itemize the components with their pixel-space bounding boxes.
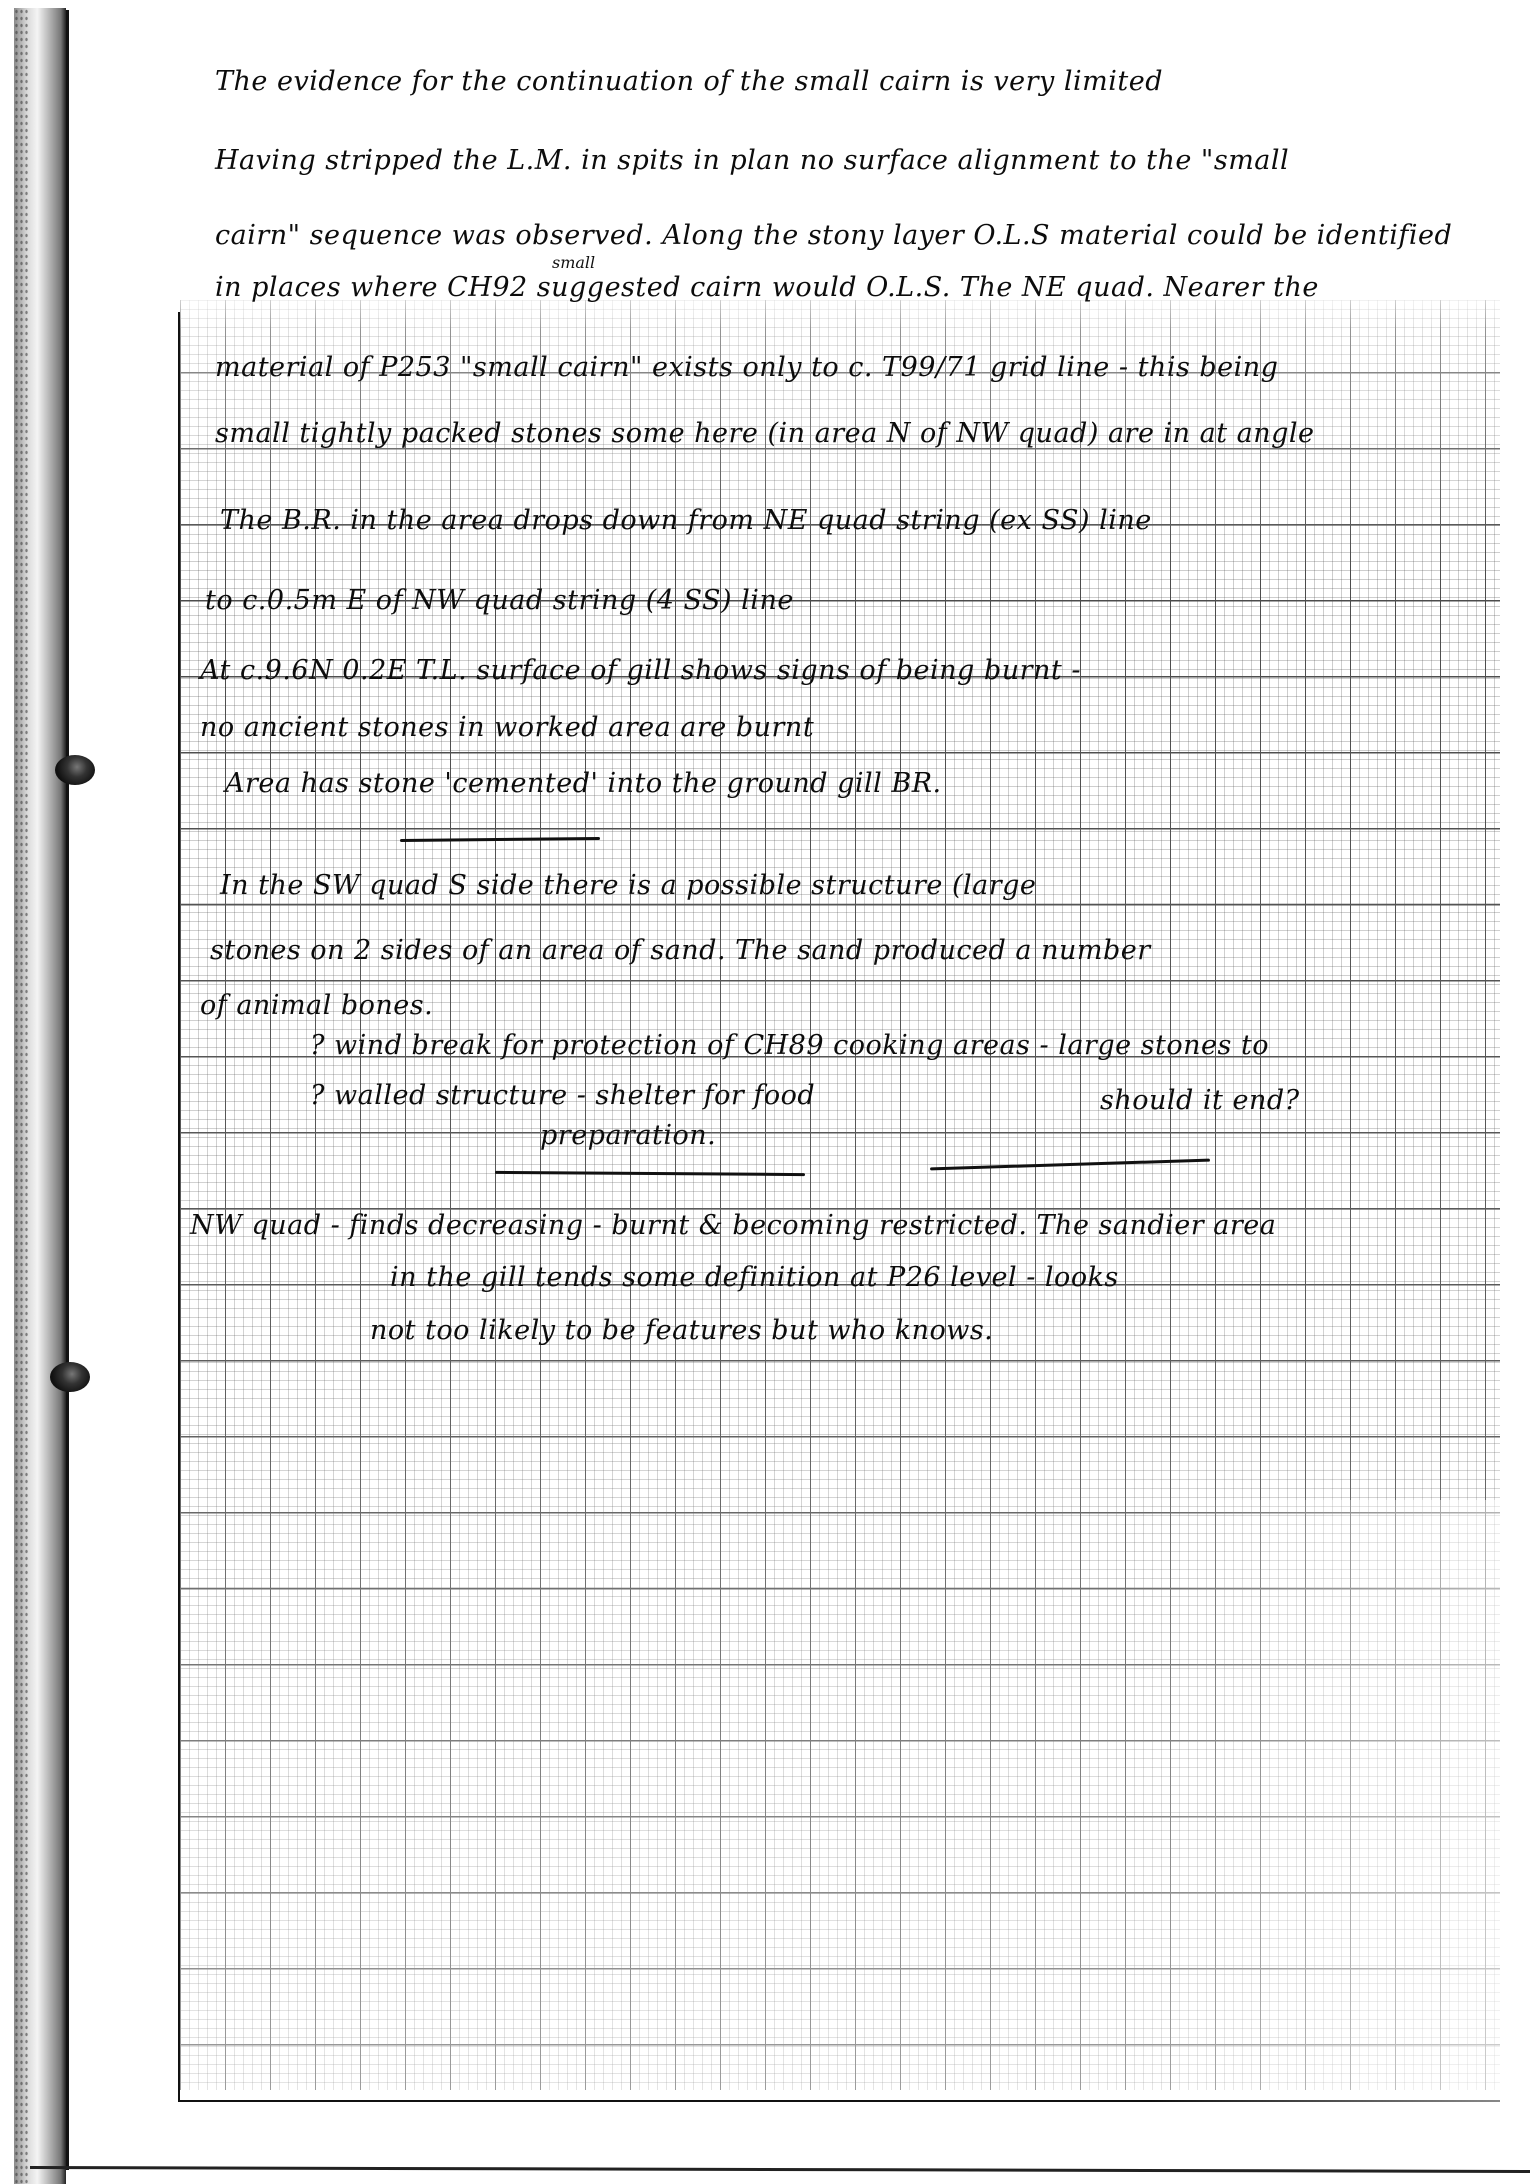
- margin-note: should it end?: [1100, 1085, 1300, 1116]
- page-left-edge: [66, 10, 69, 2170]
- note-line: Area has stone 'cemented' into the groun…: [225, 768, 942, 799]
- note-line: In the SW quad S side there is a possibl…: [220, 870, 1036, 901]
- note-line: NW quad - finds decreasing - burnt & bec…: [190, 1210, 1276, 1241]
- note-line: ? wind break for protection of CH89 cook…: [310, 1030, 1269, 1061]
- scan-binding-strip: [14, 8, 66, 2184]
- note-line: At c.9.6N 0.2E T.L. surface of gill show…: [200, 655, 1081, 686]
- note-line: The evidence for the continuation of the…: [215, 66, 1163, 97]
- note-line: not too likely to be features but who kn…: [370, 1315, 993, 1346]
- note-line: preparation.: [540, 1120, 716, 1151]
- note-line: no ancient stones in worked area are bur…: [200, 712, 814, 743]
- note-line: cairn" sequence was observed. Along the …: [215, 220, 1452, 251]
- note-line: to c.0.5m E of NW quad string (4 SS) lin…: [205, 585, 794, 616]
- page-bottom-edge: [30, 2166, 1530, 2173]
- note-line: in places where CH92 suggested cairn wou…: [215, 272, 1319, 303]
- note-line: stones on 2 sides of an area of sand. Th…: [210, 935, 1151, 966]
- note-line: material of P253 "small cairn" exists on…: [215, 352, 1278, 383]
- note-line: ? walled structure - shelter for food: [310, 1080, 815, 1111]
- punch-hole: [50, 1362, 90, 1392]
- note-line: of animal bones.: [200, 990, 433, 1021]
- note-line: small tightly packed stones some here (i…: [215, 418, 1315, 449]
- grid-fade: [1150, 1500, 1533, 2120]
- note-line: in the gill tends some definition at P26…: [390, 1262, 1119, 1293]
- note-line: The B.R. in the area drops down from NE …: [220, 505, 1152, 536]
- insertion-word: small: [552, 253, 595, 272]
- punch-hole: [55, 755, 95, 785]
- note-line: Having stripped the L.M. in spits in pla…: [215, 145, 1289, 176]
